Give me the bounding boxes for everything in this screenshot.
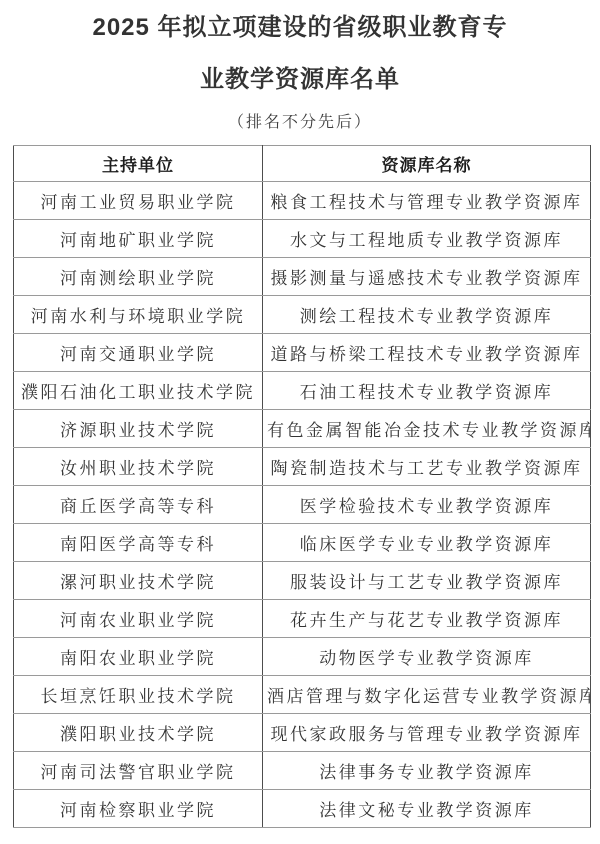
unit-cell: 商丘医学高等专科	[14, 486, 263, 524]
table-row: 河南工业贸易职业学院 粮食工程技术与管理专业教学资源库	[14, 182, 591, 220]
unit-cell: 汝州职业技术学院	[14, 448, 263, 486]
unit-cell: 河南检察职业学院	[14, 790, 263, 828]
unit-cell: 河南交通职业学院	[14, 334, 263, 372]
table-row: 河南农业职业学院 花卉生产与花艺专业教学资源库	[14, 600, 591, 638]
unit-cell: 南阳农业职业学院	[14, 638, 263, 676]
resource-cell: 现代家政服务与管理专业教学资源库	[263, 714, 591, 752]
unit-cell: 济源职业技术学院	[14, 410, 263, 448]
table-row: 济源职业技术学院 有色金属智能冶金技术专业教学资源库	[14, 410, 591, 448]
resource-cell: 水文与工程地质专业教学资源库	[263, 220, 591, 258]
table-row: 河南水利与环境职业学院 测绘工程技术专业教学资源库	[14, 296, 591, 334]
resource-library-table: 主持单位 资源库名称 河南工业贸易职业学院 粮食工程技术与管理专业教学资源库 河…	[13, 145, 591, 828]
document-page: 2025 年拟立项建设的省级职业教育专 业教学资源库名单 （排名不分先后） 主持…	[0, 0, 600, 844]
page-title-line-2: 业教学资源库名单	[0, 54, 600, 106]
table-header-row: 主持单位 资源库名称	[14, 146, 591, 182]
unit-cell: 漯河职业技术学院	[14, 562, 263, 600]
resource-cell: 粮食工程技术与管理专业教学资源库	[263, 182, 591, 220]
column-header-name: 资源库名称	[263, 146, 591, 182]
page-subtitle: （排名不分先后）	[0, 112, 600, 134]
unit-cell: 南阳医学高等专科	[14, 524, 263, 562]
resource-cell: 石油工程技术专业教学资源库	[263, 372, 591, 410]
resource-cell: 有色金属智能冶金技术专业教学资源库	[263, 410, 591, 448]
table-row: 河南地矿职业学院 水文与工程地质专业教学资源库	[14, 220, 591, 258]
unit-cell: 河南地矿职业学院	[14, 220, 263, 258]
table-row: 河南检察职业学院 法律文秘专业教学资源库	[14, 790, 591, 828]
table-row: 河南测绘职业学院 摄影测量与遥感技术专业教学资源库	[14, 258, 591, 296]
unit-cell: 濮阳石油化工职业技术学院	[14, 372, 263, 410]
table-row: 河南司法警官职业学院 法律事务专业教学资源库	[14, 752, 591, 790]
resource-cell: 动物医学专业教学资源库	[263, 638, 591, 676]
unit-cell: 河南测绘职业学院	[14, 258, 263, 296]
table-row: 漯河职业技术学院 服装设计与工艺专业教学资源库	[14, 562, 591, 600]
unit-cell: 长垣烹饪职业技术学院	[14, 676, 263, 714]
resource-cell: 法律事务专业教学资源库	[263, 752, 591, 790]
resource-cell: 陶瓷制造技术与工艺专业教学资源库	[263, 448, 591, 486]
resource-cell: 法律文秘专业教学资源库	[263, 790, 591, 828]
table-row: 南阳农业职业学院 动物医学专业教学资源库	[14, 638, 591, 676]
page-title: 2025 年拟立项建设的省级职业教育专 业教学资源库名单	[0, 0, 600, 106]
table-row: 商丘医学高等专科 医学检验技术专业教学资源库	[14, 486, 591, 524]
unit-cell: 河南农业职业学院	[14, 600, 263, 638]
resource-cell: 花卉生产与花艺专业教学资源库	[263, 600, 591, 638]
unit-cell: 河南司法警官职业学院	[14, 752, 263, 790]
resource-cell: 临床医学专业专业教学资源库	[263, 524, 591, 562]
column-header-unit: 主持单位	[14, 146, 263, 182]
table-row: 长垣烹饪职业技术学院 酒店管理与数字化运营专业教学资源库	[14, 676, 591, 714]
table-row: 河南交通职业学院 道路与桥梁工程技术专业教学资源库	[14, 334, 591, 372]
resource-cell: 服装设计与工艺专业教学资源库	[263, 562, 591, 600]
resource-cell: 道路与桥梁工程技术专业教学资源库	[263, 334, 591, 372]
resource-cell: 摄影测量与遥感技术专业教学资源库	[263, 258, 591, 296]
unit-cell: 河南工业贸易职业学院	[14, 182, 263, 220]
page-title-line-1: 2025 年拟立项建设的省级职业教育专	[0, 2, 600, 54]
table-row: 南阳医学高等专科 临床医学专业专业教学资源库	[14, 524, 591, 562]
table-row: 濮阳职业技术学院 现代家政服务与管理专业教学资源库	[14, 714, 591, 752]
resource-cell: 测绘工程技术专业教学资源库	[263, 296, 591, 334]
resource-cell: 医学检验技术专业教学资源库	[263, 486, 591, 524]
unit-cell: 河南水利与环境职业学院	[14, 296, 263, 334]
resource-cell: 酒店管理与数字化运营专业教学资源库	[263, 676, 591, 714]
unit-cell: 濮阳职业技术学院	[14, 714, 263, 752]
table-row: 汝州职业技术学院 陶瓷制造技术与工艺专业教学资源库	[14, 448, 591, 486]
table-row: 濮阳石油化工职业技术学院 石油工程技术专业教学资源库	[14, 372, 591, 410]
